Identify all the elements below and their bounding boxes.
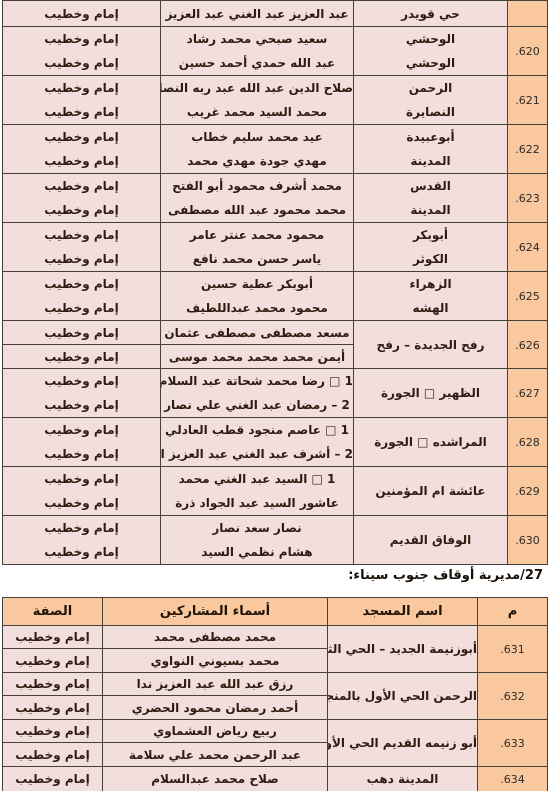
cell-line: أبوبكر <box>354 223 507 247</box>
table-row: .627الظهير □ الجورة1 □ رضا محمد شحاتة عب… <box>3 369 548 418</box>
role-cell: إمام وخطيبإمام وخطيب <box>3 27 161 76</box>
role-cell: إمام وخطيبإمام وخطيب <box>3 174 161 223</box>
cell-line: أبوبكر عطية حسين <box>161 272 353 296</box>
participant-name-cell: عبد العزيز عبد الغني عبد العزيز <box>161 1 354 27</box>
serial-cell: .625 <box>508 272 548 321</box>
serial-number: .623 <box>515 192 540 205</box>
participant-name-cell: صلاح الدين عبد الله عبد ربه النصايرةمحمد… <box>161 76 354 125</box>
header-participant-names: أسماء المشاركين <box>103 598 328 626</box>
table-row: .620الوحشيالوحشيسعيد صبحي محمد رشادعبد ا… <box>3 27 548 76</box>
cell-line: إمام وخطيب <box>3 247 160 271</box>
table-row: .624أبوبكرالكوثرمحمود محمد عنتر عامرياسر… <box>3 223 548 272</box>
participant-name-cell: محمد مصطفى محمد <box>103 626 328 649</box>
document-page: حي قويدرعبد العزيز عبد الغني عبد العزيزإ… <box>0 0 550 791</box>
cell-line: إمام وخطيب <box>3 516 160 540</box>
table-row: .630الوفاق القديمنصار سعد نصارهشام نظمي … <box>3 516 548 565</box>
mosque-participants-table-upper: حي قويدرعبد العزيز عبد الغني عبد العزيزإ… <box>2 0 548 565</box>
role-cell: إمام وخطيب <box>3 696 103 720</box>
participant-name-cell: 1 □ عاصم منجود قطب العادلي2 – أشرف عبد ا… <box>161 418 354 467</box>
cell-line: إمام وخطيب <box>3 125 160 149</box>
cell-line: صلاح الدين عبد الله عبد ربه النصايرة <box>161 76 353 100</box>
serial-cell: .629 <box>508 467 548 516</box>
cell-line: إمام وخطيب <box>3 223 160 247</box>
role-cell: إمام وخطيبإمام وخطيب <box>3 76 161 125</box>
cell-line: إمام وخطيب <box>3 76 160 100</box>
participant-name-cell: محمود محمد عنتر عامرياسر حسن محمد نافع <box>161 223 354 272</box>
role-cell: إمام وخطيب <box>3 626 103 649</box>
serial-number: .626 <box>515 339 540 352</box>
serial-number: .627 <box>515 387 540 400</box>
role-cell: إمام وخطيبإمام وخطيب <box>3 272 161 321</box>
mosque-cell: حي قويدر <box>354 1 508 27</box>
section-heading-south-sinai: 27/مديرية أوقاف جنوب سيناء: <box>2 560 543 592</box>
serial-number: .620 <box>515 45 540 58</box>
cell-line: 1 □ رضا محمد شحاتة عبد السلام <box>161 369 353 393</box>
participant-name-cell: ربيع رياض العشماوي <box>103 720 328 743</box>
south-sinai-table-body: .631أبوزنيمة الجديد – الحي الثانيمحمد مص… <box>3 626 548 791</box>
role-cell: إمام وخطيبإمام وخطيب <box>3 516 161 565</box>
table-row: .628المراشده □ الجورة1 □ عاصم منجود قطب … <box>3 418 548 467</box>
role-cell: إمام وخطيب <box>3 345 161 369</box>
cell-line: الكوثر <box>354 247 507 271</box>
mosque-cell: أبوزنيمة الجديد – الحي الثاني <box>328 626 478 673</box>
cell-line: إمام وخطيب <box>3 51 160 75</box>
serial-cell: .633 <box>478 720 548 767</box>
serial-number: .624 <box>515 241 540 254</box>
cell-line: نصار سعد نصار <box>161 516 353 540</box>
participant-name-cell: أحمد رمضان محمود الحضري <box>103 696 328 720</box>
serial-number: .631 <box>500 643 525 656</box>
serial-cell: .622 <box>508 125 548 174</box>
role-cell: إمام وخطيب <box>3 649 103 673</box>
serial-number: .625 <box>515 290 540 303</box>
serial-cell: .630 <box>508 516 548 565</box>
cell-line: الوحشي <box>354 51 507 75</box>
participant-name-cell: عبد الرحمن محمد علي سلامة <box>103 743 328 767</box>
serial-cell: .631 <box>478 626 548 673</box>
table-row: .631أبوزنيمة الجديد – الحي الثانيمحمد مص… <box>3 626 548 649</box>
cell-line: القدس <box>354 174 507 198</box>
serial-number: .629 <box>515 485 540 498</box>
serial-number: .632 <box>500 690 525 703</box>
cell-line: سعيد صبحي محمد رشاد <box>161 27 353 51</box>
cell-line: إمام وخطيب <box>3 272 160 296</box>
cell-line: محمود محمد عبداللطيف <box>161 296 353 320</box>
role-cell: إمام وخطيبإمام وخطيب <box>3 369 161 418</box>
header-serial: م <box>478 598 548 626</box>
cell-line: الرحمن <box>354 76 507 100</box>
serial-number: .628 <box>515 436 540 449</box>
mosque-cell: المراشده □ الجورة <box>354 418 508 467</box>
participant-name-cell: محمد بسيوني النواوي <box>103 649 328 673</box>
cell-line: إمام وخطيب <box>3 174 160 198</box>
table-row: .629عائشة ام المؤمنين1 □ السيد عبد الغني… <box>3 467 548 516</box>
table-row: .633أبو زنيمه القديم الحي الأولربيع رياض… <box>3 720 548 743</box>
serial-number: .621 <box>515 94 540 107</box>
participant-name-cell: رزق عبد الله عبد العزيز ندا <box>103 673 328 696</box>
table-row: .622أبوعبيدةالمدينةعيد محمد سليم خطابمهد… <box>3 125 548 174</box>
cell-line: أبوعبيدة <box>354 125 507 149</box>
role-cell: إمام وخطيب <box>3 720 103 743</box>
serial-cell <box>508 1 548 27</box>
table-row: .621الرحمنالنصايرةصلاح الدين عبد الله عب… <box>3 76 548 125</box>
cell-line: عاشور السيد عبد الجواد ذرة <box>161 491 353 515</box>
cell-line: إمام وخطيب <box>3 418 160 442</box>
mosque-participants-table-south-sinai: م اسم المسجد أسماء المشاركين الصفة .631أ… <box>2 597 548 791</box>
table-row: حي قويدرعبد العزيز عبد الغني عبد العزيزإ… <box>3 1 548 27</box>
cell-line: إمام وخطيب <box>3 369 160 393</box>
participant-name-cell: 1 □ رضا محمد شحاتة عبد السلام2 – رمضان ع… <box>161 369 354 418</box>
participant-name-cell: صلاح محمد عبدالسلام <box>103 767 328 791</box>
participant-name-cell: مسعد مصطفى مصطفى عثمان <box>161 321 354 345</box>
cell-line: إمام وخطيب <box>3 198 160 222</box>
mosque-cell: القدسالمدينة <box>354 174 508 223</box>
cell-line: 2 – أشرف عبد الغني عبد العزيز السيد <box>161 442 353 466</box>
serial-cell: .632 <box>478 673 548 720</box>
participant-name-cell: عيد محمد سليم خطابمهدي جودة مهدي محمد <box>161 125 354 174</box>
cell-line: النصايرة <box>354 100 507 124</box>
header-mosque-name: اسم المسجد <box>328 598 478 626</box>
cell-line: إمام وخطيب <box>3 393 160 417</box>
mosque-cell: الرحمن الحي الأول بالمنجنيز <box>328 673 478 720</box>
serial-cell: .634 <box>478 767 548 791</box>
header-role: الصفة <box>3 598 103 626</box>
serial-number: .630 <box>515 534 540 547</box>
participant-name-cell: أبوبكر عطية حسينمحمود محمد عبداللطيف <box>161 272 354 321</box>
table-row: .623القدسالمدينةمحمد أشرف محمود أبو الفت… <box>3 174 548 223</box>
table-row: .626رفح الجديدة – رفحمسعد مصطفى مصطفى عث… <box>3 321 548 345</box>
cell-line: 2 – رمضان عبد الغني علي نصار <box>161 393 353 417</box>
serial-cell: .623 <box>508 174 548 223</box>
cell-line: محمد محمود عبد الله مصطفى <box>161 198 353 222</box>
cell-line: ياسر حسن محمد نافع <box>161 247 353 271</box>
table-row: .632الرحمن الحي الأول بالمنجنيزرزق عبد ا… <box>3 673 548 696</box>
serial-cell: .627 <box>508 369 548 418</box>
cell-line: 1 □ عاصم منجود قطب العادلي <box>161 418 353 442</box>
table-row: .625الزهراءالهشهأبوبكر عطية حسينمحمود مح… <box>3 272 548 321</box>
cell-line: المدينة <box>354 149 507 173</box>
participant-name-cell: نصار سعد نصارهشام نظمي السيد <box>161 516 354 565</box>
role-cell: إمام وخطيبإمام وخطيب <box>3 125 161 174</box>
cell-line: الوحشي <box>354 27 507 51</box>
cell-line: عبد الله حمدي أحمد حسين <box>161 51 353 75</box>
serial-cell: .628 <box>508 418 548 467</box>
cell-line: إمام وخطيب <box>3 27 160 51</box>
role-cell: إمام وخطيب <box>3 321 161 345</box>
participant-name-cell: أيمن محمد محمد محمد موسى <box>161 345 354 369</box>
serial-cell: .620 <box>508 27 548 76</box>
cell-line: إمام وخطيب <box>3 100 160 124</box>
mosque-cell: الزهراءالهشه <box>354 272 508 321</box>
header-row: م اسم المسجد أسماء المشاركين الصفة <box>3 598 548 626</box>
mosque-cell: الوحشيالوحشي <box>354 27 508 76</box>
cell-line: مهدي جودة مهدي محمد <box>161 149 353 173</box>
mosque-cell: أبو زنيمه القديم الحي الأول <box>328 720 478 767</box>
cell-line: إمام وخطيب <box>3 467 160 491</box>
mosque-cell: رفح الجديدة – رفح <box>354 321 508 369</box>
table-row: .634المدينة دهبصلاح محمد عبدالسلامإمام و… <box>3 767 548 791</box>
participant-name-cell: محمد أشرف محمود أبو الفتحمحمد محمود عبد … <box>161 174 354 223</box>
role-cell: إمام وخطيب <box>3 743 103 767</box>
upper-table-body: حي قويدرعبد العزيز عبد الغني عبد العزيزإ… <box>3 1 548 565</box>
mosque-cell: الرحمنالنصايرة <box>354 76 508 125</box>
role-cell: إمام وخطيب <box>3 1 161 27</box>
cell-line: محمد السيد محمد غريب <box>161 100 353 124</box>
serial-number: .622 <box>515 143 540 156</box>
serial-cell: .626 <box>508 321 548 369</box>
cell-line: المدينة <box>354 198 507 222</box>
mosque-cell: أبوعبيدةالمدينة <box>354 125 508 174</box>
cell-line: 1 □ السيد عبد الغني محمد <box>161 467 353 491</box>
mosque-cell: المدينة دهب <box>328 767 478 791</box>
cell-line: إمام وخطيب <box>3 491 160 515</box>
serial-cell: .624 <box>508 223 548 272</box>
participant-name-cell: 1 □ السيد عبد الغني محمدعاشور السيد عبد … <box>161 467 354 516</box>
serial-cell: .621 <box>508 76 548 125</box>
mosque-cell: الوفاق القديم <box>354 516 508 565</box>
cell-line: عيد محمد سليم خطاب <box>161 125 353 149</box>
serial-number: .633 <box>500 737 525 750</box>
cell-line: الزهراء <box>354 272 507 296</box>
cell-line: إمام وخطيب <box>3 442 160 466</box>
serial-number: .634 <box>500 773 525 786</box>
role-cell: إمام وخطيب <box>3 673 103 696</box>
participant-name-cell: سعيد صبحي محمد رشادعبد الله حمدي أحمد حس… <box>161 27 354 76</box>
role-cell: إمام وخطيبإمام وخطيب <box>3 467 161 516</box>
cell-line: محمود محمد عنتر عامر <box>161 223 353 247</box>
cell-line: إمام وخطيب <box>3 296 160 320</box>
cell-line: الهشه <box>354 296 507 320</box>
role-cell: إمام وخطيبإمام وخطيب <box>3 223 161 272</box>
cell-line: إمام وخطيب <box>3 149 160 173</box>
cell-line: محمد أشرف محمود أبو الفتح <box>161 174 353 198</box>
mosque-cell: الظهير □ الجورة <box>354 369 508 418</box>
role-cell: إمام وخطيبإمام وخطيب <box>3 418 161 467</box>
role-cell: إمام وخطيب <box>3 767 103 791</box>
mosque-cell: أبوبكرالكوثر <box>354 223 508 272</box>
mosque-cell: عائشة ام المؤمنين <box>354 467 508 516</box>
